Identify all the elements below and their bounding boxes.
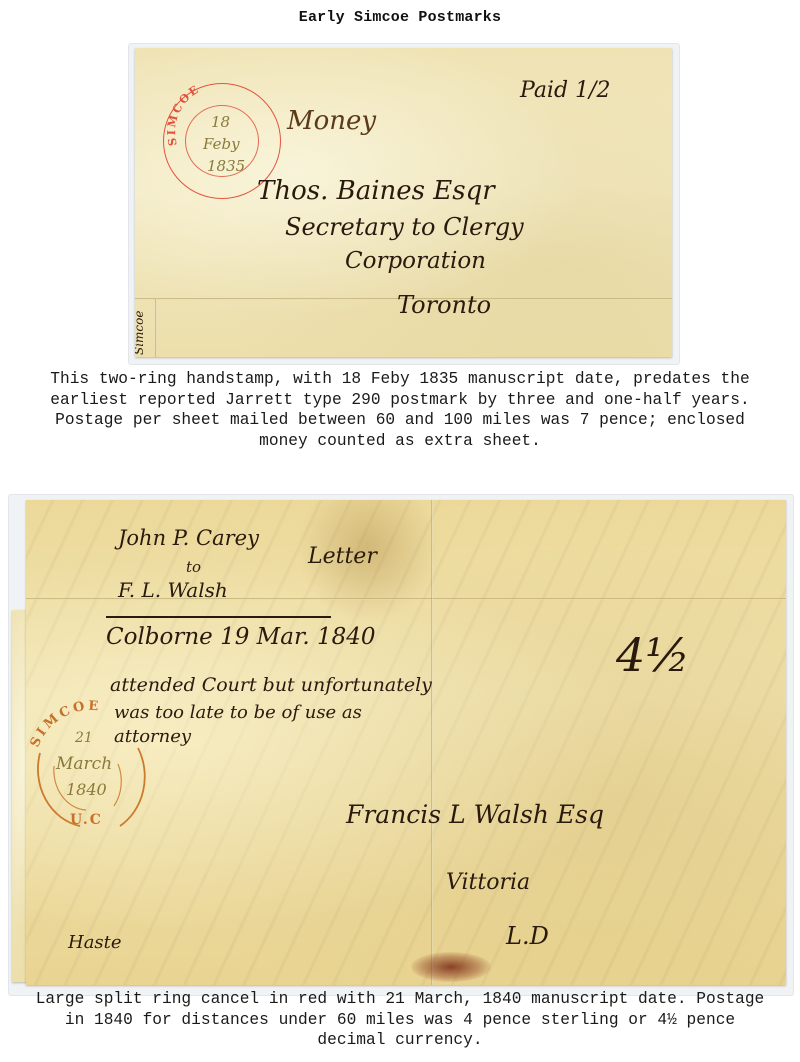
fold-line xyxy=(155,298,157,357)
svg-text:SIMCOE: SIMCOE xyxy=(165,82,202,147)
address-line-1: Francis L Walsh Esq xyxy=(346,800,604,829)
address-line-1: Thos. Baines Esqr xyxy=(257,176,495,206)
manuscript-rate: Paid 1/2 xyxy=(520,78,610,103)
address-line-4: Toronto xyxy=(397,291,491,319)
note-line-1: attended Court but unfortunately xyxy=(110,674,432,696)
address-line-3: Corporation xyxy=(345,248,486,274)
address-line-3: L.D xyxy=(506,922,549,950)
postmark-town-text: SIMCOE xyxy=(165,82,202,147)
folded-letter-1840: John P. Carey to F. L. Walsh Letter Colb… xyxy=(26,500,786,985)
page-title: Early Simcoe Postmarks xyxy=(0,9,800,26)
postmark-year: 1840 xyxy=(66,780,107,799)
address-line-2: Secretary to Clergy xyxy=(285,213,524,241)
docket-line-4: Letter xyxy=(308,544,377,569)
postmark-suffix: U.C xyxy=(70,812,103,828)
docket-line-2: to xyxy=(186,558,201,576)
folded-letter-1835: SIMCOE 18 Feby 1835 Paid 1/2 Money Thos.… xyxy=(135,48,672,357)
caption-cover-1840: Large split ring cancel in red with 21 M… xyxy=(30,989,770,1051)
docket-rule xyxy=(106,616,331,618)
manuscript-contents-note: Money xyxy=(287,106,376,136)
postmark-day: 21 xyxy=(75,730,93,746)
postmark-year: 1835 xyxy=(207,157,245,175)
fold-line xyxy=(431,500,433,985)
dateline: Colborne 19 Mar. 1840 xyxy=(106,624,376,650)
docket-line-3: F. L. Walsh xyxy=(118,578,228,602)
note-line-2: was too late to be of use as xyxy=(114,702,362,723)
side-endorsement: Simcoe xyxy=(135,311,146,355)
postmark-split-ring-simcoe: SIMCOE 21 March 1840 U.C xyxy=(26,688,140,828)
manuscript-rate: 4½ xyxy=(616,628,690,682)
address-line-2: Vittoria xyxy=(446,870,530,895)
postmark-month: March xyxy=(56,754,112,774)
caption-cover-1835: This two-ring handstamp, with 18 Feby 18… xyxy=(30,369,770,451)
postmark-month: Feby xyxy=(203,135,240,153)
docket-line-1: John P. Carey xyxy=(118,526,259,550)
side-endorsement: Haste xyxy=(68,932,122,953)
postmark-day: 18 xyxy=(211,113,230,131)
ink-stain xyxy=(411,952,491,982)
